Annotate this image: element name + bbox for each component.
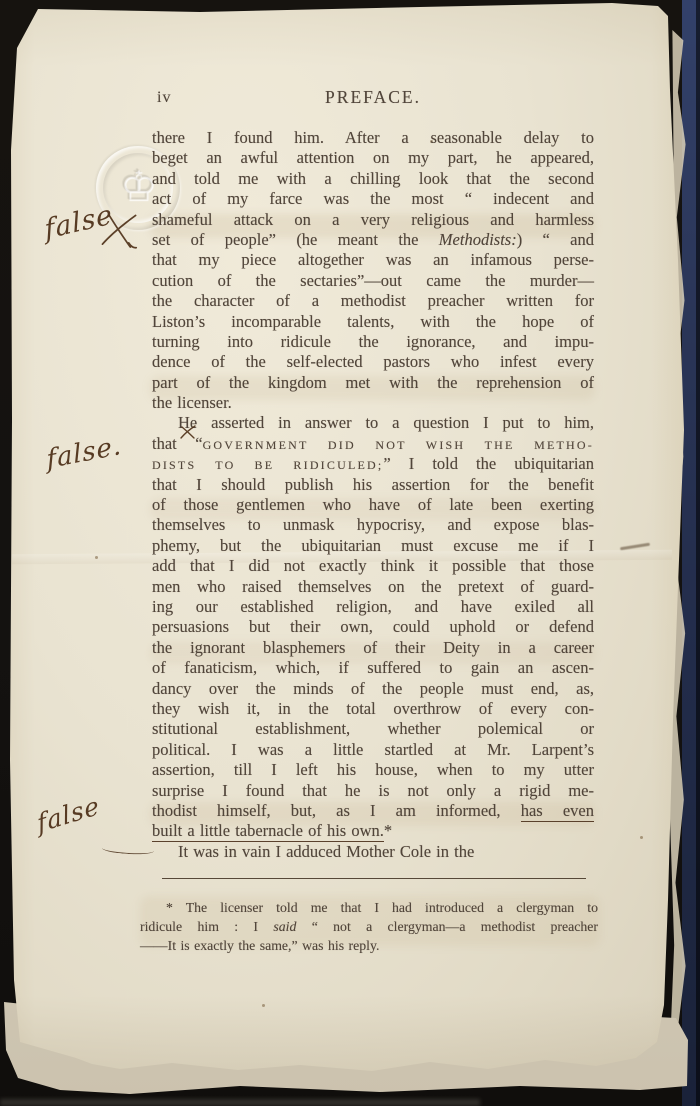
text-line: ridicule him : I said “ not a clergyman—… [140, 917, 598, 936]
text-line: the character of a methodist preacher wr… [152, 291, 594, 311]
text-line: they wish it, in the total overthrow of … [152, 699, 594, 719]
text-line: cution of the sectaries”—out came the mu… [152, 271, 594, 291]
text-line: dancy over the minds of the people must … [152, 679, 594, 699]
text-line: phemy, but the ubiquitarian must excuse … [152, 536, 594, 556]
text-line: men who raised themselves on the pretext… [152, 577, 594, 597]
text-line: beget an awful attention on my part, he … [152, 148, 594, 168]
text-line: part of the kingdom met with the reprehe… [152, 373, 594, 393]
handwritten-caret-x-icon [179, 424, 197, 440]
running-title: PREFACE. [152, 87, 594, 108]
text-line: thodist himself, but, as I am informed, … [152, 801, 594, 821]
text-line: that my piece altogether was an infamous… [152, 250, 594, 270]
text-line: the ignorant blasphemers of their Deity … [152, 638, 594, 658]
text-line: set of people” (he meant the Methodists:… [152, 230, 594, 250]
text-line: act of my farce was the most “ indecent … [152, 189, 594, 209]
paper-speck [262, 1004, 265, 1007]
text-line: dence of the self-elected pastors who in… [152, 352, 594, 372]
text-line: ing our established religion, and have e… [152, 597, 594, 617]
paper-speck [640, 836, 643, 839]
paper-speck [95, 556, 98, 559]
text-line: that I should publish his assertion for … [152, 475, 594, 495]
photo-of-book-page: ♔ iv PREFACE. there I found him. After a… [0, 0, 700, 1106]
text-line: * The licenser told me that I had introd… [140, 898, 598, 917]
text-line: ——It is exactly the same,” was his reply… [140, 936, 598, 955]
text-line: assertion, till I left his house, when t… [152, 760, 594, 780]
text-block: there I found him. After a seasonable de… [152, 128, 594, 862]
text-line: DISTS TO BE RIDICULED;” I told the ubiqu… [152, 454, 594, 474]
text-line: and told me with a chilling look that th… [152, 169, 594, 189]
text-line: that “GOVERNMENT DID NOT WISH THE METHO- [152, 434, 594, 454]
footnote-block: * The licenser told me that I had introd… [140, 898, 598, 955]
text-line: built a little tabernacle of his own.* [152, 821, 594, 841]
text-line: themselves to unmask hypocrisy, and expo… [152, 515, 594, 535]
text-line: there I found him. After a seasonable de… [152, 128, 594, 148]
text-line: of those gentlemen who have of late been… [152, 495, 594, 515]
text-line: He asserted in answer to a question I pu… [152, 413, 594, 433]
text-line: shameful attack on a very religious and … [152, 210, 594, 230]
text-line: Liston’s incomparable talents, with the … [152, 312, 594, 332]
text-line: surprise I found that he is not only a r… [152, 781, 594, 801]
text-line: political. I was a little startled at Mr… [152, 740, 594, 760]
text-line: add that I did not exactly think it poss… [152, 556, 594, 576]
text-line: of fanaticism, which, if suffered to gai… [152, 658, 594, 678]
text-line: turning into ridicule the ignorance, and… [152, 332, 594, 352]
text-line: stitutional establishment, whether polem… [152, 719, 594, 739]
handwritten-cross-mark [98, 206, 144, 254]
text-line: persuasions but their own, could uphold … [152, 617, 594, 637]
footnote-rule [162, 878, 586, 879]
text-line: It was in vain I adduced Mother Cole in … [152, 842, 594, 862]
text-line: the licenser. [152, 393, 594, 413]
book-binding-edge [682, 0, 700, 1106]
